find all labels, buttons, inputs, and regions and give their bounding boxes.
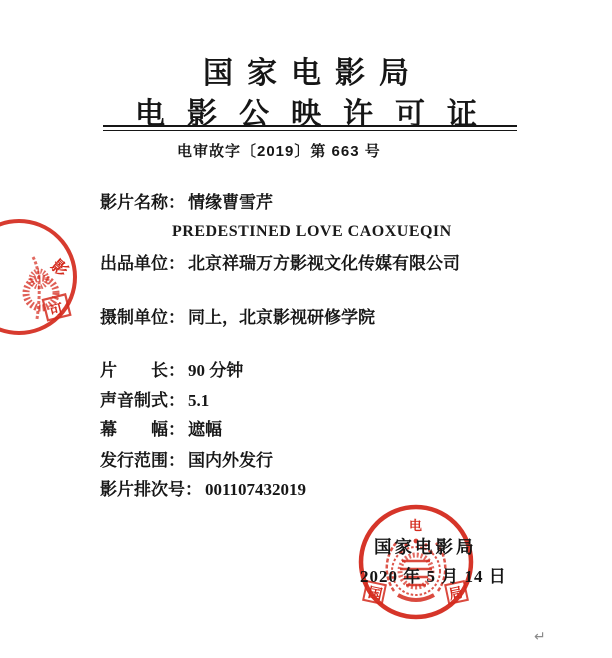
field-value: 遮幅 [188,420,222,439]
left-partial-seal-image: 影 可 [0,217,85,343]
left-seal-char-ke: 可 [48,301,65,320]
field-label: 出品单位： [100,254,185,273]
field-value: 5.1 [188,391,209,410]
permit-document: 影 可 国家电影局 电影公映许可证 电审故字〔2019〕第 663 号 影片名称… [0,0,612,658]
seal-ring-char-top: 电 [409,518,422,533]
field-row-film-serial-number: 影片排次号：001107432019 [100,475,306,500]
stamp-issuer-text: 国家电影局 [374,534,477,559]
authority-title: 国家电影局 [0,48,612,92]
field-value: 国内外发行 [188,451,273,470]
title-divider-rule [103,125,517,131]
film-title-english: PREDESTINED LOVE CAOXUEQIN [172,223,452,241]
field-value: 情缘曹雪芹 [188,193,273,212]
left-seal-char-ying: 影 [47,256,72,281]
field-row-screen-format: 幕 幅：遮幅 [100,415,222,440]
field-row-runtime: 片 长：90 分钟 [100,356,243,381]
field-value: 同上，北京影视研修学院 [188,308,375,327]
field-label: 声音制式： [100,391,185,410]
field-row-sound-format: 声音制式：5.1 [100,386,209,411]
field-value: 北京祥瑞万方影视文化传媒有限公司 [188,254,460,273]
paragraph-return-mark: ↵ [534,628,546,645]
field-row-filming-unit: 摄制单位：同上，北京影视研修学院 [100,303,375,328]
field-row-distribution-scope: 发行范围：国内外发行 [100,446,273,471]
certificate-number: 电审故字〔2019〕第 663 号 [177,140,381,161]
field-label: 摄制单位： [100,308,185,327]
field-label: 幕 幅： [100,420,185,439]
field-label: 片 长： [100,361,185,380]
field-row-production-company: 出品单位：北京祥瑞万方影视文化传媒有限公司 [100,249,460,274]
stamp-date: 2020 年 5 月 14 日 [360,562,507,587]
field-label: 发行范围： [100,451,185,470]
field-label: 影片名称： [100,193,185,212]
field-value: 001107432019 [205,480,306,499]
field-row-film-title: 影片名称：情缘曹雪芹 [100,188,273,213]
field-value: 90 分钟 [188,361,243,380]
field-label: 影片排次号： [100,480,202,499]
